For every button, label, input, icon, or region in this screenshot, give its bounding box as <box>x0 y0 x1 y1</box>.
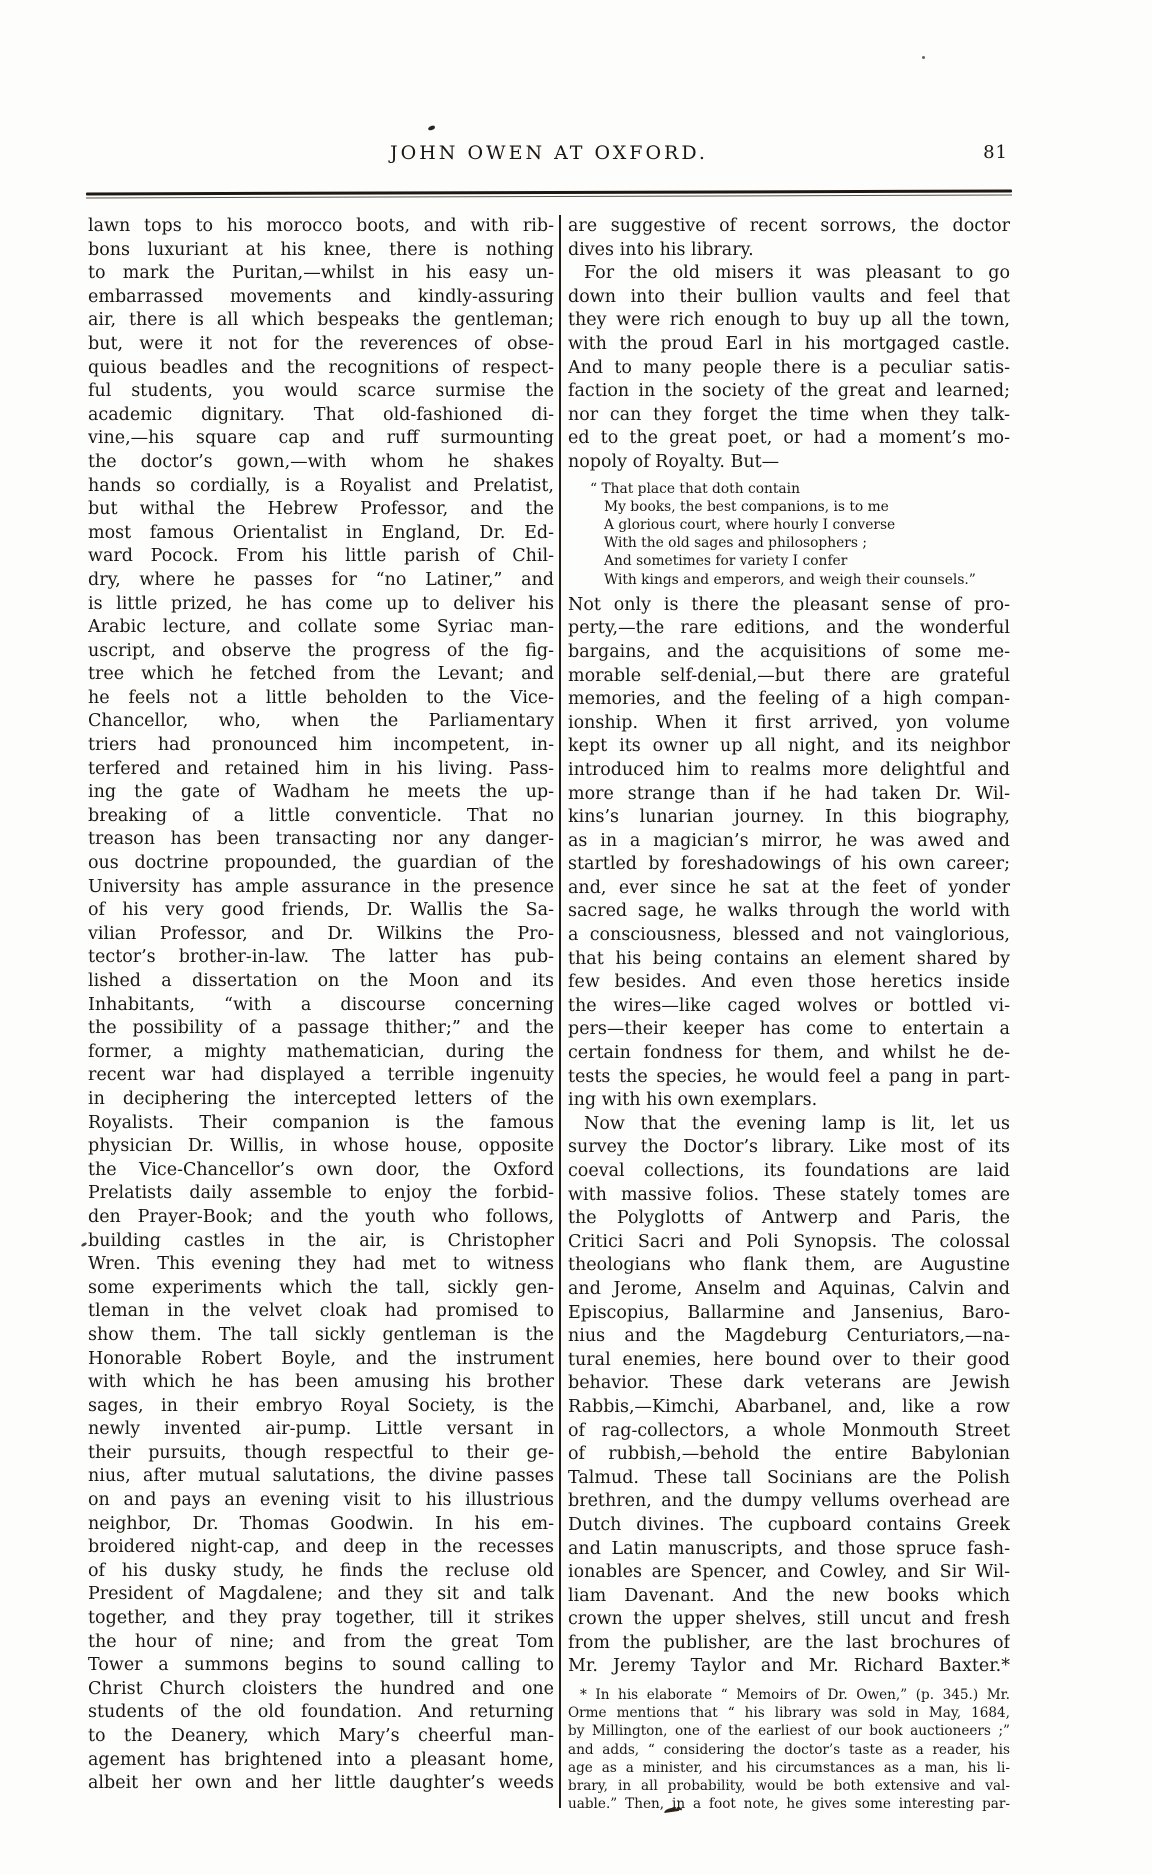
text-line: tree which he fetched from the Levant; a… <box>88 663 554 687</box>
column-divider-rule <box>559 215 561 1808</box>
text-line: tector’s brother-in-law. The latter has … <box>88 946 554 970</box>
text-line: with the proud Earl in his mortgaged cas… <box>568 333 1010 357</box>
text-line: den Prayer-Book; and the youth who follo… <box>88 1206 554 1230</box>
text-line: as in a magician’s mirror, he was awed a… <box>568 830 1010 854</box>
text-line: ous doctrine propounded, the guardian of… <box>88 852 554 876</box>
text-line: to the Deanery, which Mary’s cheerful ma… <box>88 1725 554 1749</box>
text-line: uable.” Then, in a foot note, he gives s… <box>568 1795 1010 1813</box>
text-line: quious beadles and the recognitions of r… <box>88 357 554 381</box>
text-line: President of Magdalene; and they sit and… <box>88 1583 554 1607</box>
text-line: of his very good friends, Dr. Wallis the… <box>88 899 554 923</box>
text-line: For the old misers it was pleasant to go <box>568 262 1010 286</box>
text-line: Talmud. These tall Socinians are the Pol… <box>568 1467 1010 1491</box>
text-line: show them. The tall sickly gentleman is … <box>88 1324 554 1348</box>
text-line: with which he has been amusing his broth… <box>88 1371 554 1395</box>
text-line: With kings and emperors, and weigh their… <box>568 571 1010 589</box>
text-line: pers—their keeper has come to entertain … <box>568 1018 1010 1042</box>
text-line: the Polyglotts of Antwerp and Paris, the <box>568 1207 1010 1231</box>
scanned-book-page: JOHN OWEN AT OXFORD. 81 lawn tops to his… <box>0 0 1152 1875</box>
text-line: Mr. Jeremy Taylor and Mr. Richard Baxter… <box>568 1655 1010 1679</box>
text-line: Dutch divines. The cupboard contains Gre… <box>568 1514 1010 1538</box>
text-line: brary, in all probability, would be both… <box>568 1777 1010 1795</box>
text-line: introduced him to realms more delightful… <box>568 759 1010 783</box>
running-title: JOHN OWEN AT OXFORD. <box>88 142 1010 164</box>
text-line: neighbor, Dr. Thomas Goodwin. In his em- <box>88 1513 554 1537</box>
text-line: Critici Sacri and Poli Synopsis. The col… <box>568 1231 1010 1255</box>
text-line: to mark the Puritan,—whilst in his easy … <box>88 262 554 286</box>
text-line: albeit her own and her little daughter’s… <box>88 1772 554 1796</box>
text-line: the wires—like caged wolves or bottled v… <box>568 995 1010 1019</box>
text-line: memories, and the feeling of a high comp… <box>568 688 1010 712</box>
text-line: is little prized, he has come up to deli… <box>88 593 554 617</box>
text-line: tural enemies, here bound over to their … <box>568 1349 1010 1373</box>
text-line: triers had pronounced him incompetent, i… <box>88 734 554 758</box>
text-line: a consciousness, blessed and not vainglo… <box>568 924 1010 948</box>
text-line: newly invented air-pump. Little versant … <box>88 1418 554 1442</box>
text-line: they were rich enough to buy up all the … <box>568 309 1010 333</box>
text-line: and Latin manuscripts, and those spruce … <box>568 1538 1010 1562</box>
text-line: that his being contains an element share… <box>568 948 1010 972</box>
footnote: * In his elaborate “ Memoirs of Dr. Owen… <box>568 1686 1010 1813</box>
text-line: ed to the great poet, or had a moment’s … <box>568 427 1010 451</box>
text-line: from the publisher, are the last brochur… <box>568 1632 1010 1656</box>
text-line: theologians who flank them, are Augustin… <box>568 1254 1010 1278</box>
text-line: sacred sage, he walks through the world … <box>568 900 1010 924</box>
text-line: ful students, you would scarce surmise t… <box>88 380 554 404</box>
text-line: Prelatists daily assemble to enjoy the f… <box>88 1182 554 1206</box>
text-line: are suggestive of recent sorrows, the do… <box>568 215 1010 239</box>
text-line: the possibility of a passage thither;” a… <box>88 1017 554 1041</box>
text-line: but withal the Hebrew Professor, and the <box>88 498 554 522</box>
text-line: their pursuits, though respectful to the… <box>88 1442 554 1466</box>
text-line: bargains, and the acquisitions of some m… <box>568 641 1010 665</box>
text-line: kins’s lunarian journey. In this biograp… <box>568 806 1010 830</box>
text-line: embarrassed movements and kindly-assurin… <box>88 286 554 310</box>
text-line: nor can they forget the time when they t… <box>568 404 1010 428</box>
text-line: tleman in the velvet cloak had promised … <box>88 1300 554 1324</box>
text-line: nopoly of Royalty. But— <box>568 451 1010 475</box>
paragraph-old-misers: For the old misers it was pleasant to go… <box>568 262 1010 474</box>
text-line: he feels not a little beholden to the Vi… <box>88 687 554 711</box>
text-line: lished a dissertation on the Moon and it… <box>88 970 554 994</box>
text-line: With the old sages and philosophers ; <box>568 534 1010 552</box>
column-right: are suggestive of recent sorrows, the do… <box>568 215 1010 1813</box>
text-line: perty,—the rare editions, and the wonder… <box>568 617 1010 641</box>
paragraph-continuation-left: lawn tops to his morocco boots, and with… <box>88 215 554 1796</box>
text-line: breaking of a little conventicle. That n… <box>88 805 554 829</box>
paragraph-library-survey: Now that the evening lamp is lit, let us… <box>568 1113 1010 1679</box>
header-rule-thin <box>86 195 1012 199</box>
text-line: recent war had displayed a terrible inge… <box>88 1064 554 1088</box>
text-line: faction in the society of the great and … <box>568 380 1010 404</box>
text-line: academic dignitary. That old-fashioned d… <box>88 404 554 428</box>
text-line: startled by foreshadowings of his own ca… <box>568 853 1010 877</box>
text-line: Orme mentions that “ his library was sol… <box>568 1704 1010 1722</box>
text-line: ing the gate of Wadham he meets the up- <box>88 781 554 805</box>
ink-speck <box>81 1242 88 1248</box>
running-head: JOHN OWEN AT OXFORD. 81 <box>88 142 1010 168</box>
header-rule <box>86 190 1012 199</box>
text-line: Christ Church cloisters the hundred and … <box>88 1678 554 1702</box>
text-line: by Millington, one of the earliest of ou… <box>568 1722 1010 1740</box>
text-line: A glorious court, where hourly I convers… <box>568 516 1010 534</box>
text-line: terfered and retained him in his living.… <box>88 758 554 782</box>
text-line: ionables are Spencer, and Cowley, and Si… <box>568 1561 1010 1585</box>
text-line: but, were it not for the reverences of o… <box>88 333 554 357</box>
text-line: brethren, and the dumpy vellums overhead… <box>568 1490 1010 1514</box>
text-line: on and pays an evening visit to his illu… <box>88 1489 554 1513</box>
text-line: lawn tops to his morocco boots, and with… <box>88 215 554 239</box>
text-line: Rabbis,—Kimchi, Abarbanel, and, like a r… <box>568 1396 1010 1420</box>
page-number: 81 <box>983 142 1008 163</box>
text-line: of rubbish,—behold the entire Babylonian <box>568 1443 1010 1467</box>
text-line: Royalists. Their companion is the famous <box>88 1112 554 1136</box>
text-line: the Vice-Chancellor’s own door, the Oxfo… <box>88 1159 554 1183</box>
text-line: behavior. These dark veterans are Jewish <box>568 1372 1010 1396</box>
text-line: former, a mighty mathematician, during t… <box>88 1041 554 1065</box>
paragraph-continuation-right: are suggestive of recent sorrows, the do… <box>568 215 1010 262</box>
paragraph-not-only: Not only is there the pleasant sense of … <box>568 594 1010 1113</box>
text-line: with massive folios. These stately tomes… <box>568 1184 1010 1208</box>
text-line: dry, where he passes for “no Latiner,” a… <box>88 569 554 593</box>
text-line: * In his elaborate “ Memoirs of Dr. Owen… <box>568 1686 1010 1704</box>
text-line: building castles in the air, is Christop… <box>88 1230 554 1254</box>
text-line: few besides. And even those heretics ins… <box>568 971 1010 995</box>
column-left: lawn tops to his morocco boots, and with… <box>88 215 554 1796</box>
text-line: most famous Orientalist in England, Dr. … <box>88 522 554 546</box>
text-line: nius, after mutual salutations, the divi… <box>88 1465 554 1489</box>
text-line: Now that the evening lamp is lit, let us <box>568 1113 1010 1137</box>
text-line: morable self-denial,—but there are grate… <box>568 665 1010 689</box>
text-line: certain fondness for them, and whilst he… <box>568 1042 1010 1066</box>
text-line: down into their bullion vaults and feel … <box>568 286 1010 310</box>
text-line: liam Davenant. And the new books which <box>568 1585 1010 1609</box>
text-line: “ That place that doth contain <box>568 480 1010 498</box>
text-line: Arabic lecture, and collate some Syriac … <box>88 616 554 640</box>
text-line: Wren. This evening they had met to witne… <box>88 1253 554 1277</box>
text-line: Tower a summons begins to sound calling … <box>88 1654 554 1678</box>
text-line: in deciphering the intercepted letters o… <box>88 1088 554 1112</box>
text-line: agement has brightened into a pleasant h… <box>88 1749 554 1773</box>
text-line: nius and the Magdeburg Centuriators,—na- <box>568 1325 1010 1349</box>
text-line: uscript, and observe the progress of the… <box>88 640 554 664</box>
text-line: tests the species, he would feel a pang … <box>568 1066 1010 1090</box>
text-line: vine,—his square cap and ruff surmountin… <box>88 427 554 451</box>
text-line: coeval collections, its foundations are … <box>568 1160 1010 1184</box>
text-line: some experiments which the tall, sickly … <box>88 1277 554 1301</box>
text-line: treason has been transacting nor any dan… <box>88 828 554 852</box>
text-line: My books, the best companions, is to me <box>568 498 1010 516</box>
ink-speck <box>922 56 925 59</box>
text-line: and Jerome, Anselm and Aquinas, Calvin a… <box>568 1278 1010 1302</box>
text-line: dives into his library. <box>568 239 1010 263</box>
text-line: more strange than if he had taken Dr. Wi… <box>568 783 1010 807</box>
text-line: together, and they pray together, till i… <box>88 1607 554 1631</box>
text-line: Inhabitants, “with a discourse concernin… <box>88 994 554 1018</box>
text-line: the doctor’s gown,—with whom he shakes <box>88 451 554 475</box>
text-line: and, ever since he sat at the feet of yo… <box>568 877 1010 901</box>
text-line: vilian Professor, and Dr. Wilkins the Pr… <box>88 923 554 947</box>
text-line: University has ample assurance in the pr… <box>88 876 554 900</box>
text-columns: lawn tops to his morocco boots, and with… <box>88 215 1010 1813</box>
text-line: ionship. When it first arrived, yon volu… <box>568 712 1010 736</box>
text-line: ing with his own exemplars. <box>568 1089 1010 1113</box>
text-line: bons luxuriant at his knee, there is not… <box>88 239 554 263</box>
text-line: students of the old foundation. And retu… <box>88 1701 554 1725</box>
text-line: sages, in their embryo Royal Society, is… <box>88 1395 554 1419</box>
text-line: And to many people there is a peculiar s… <box>568 357 1010 381</box>
text-line: of his dusky study, he finds the recluse… <box>88 1560 554 1584</box>
text-line: Chancellor, who, when the Parliamentary <box>88 710 554 734</box>
text-line: age as a minister, and his circumstances… <box>568 1759 1010 1777</box>
text-line: hands so cordially, is a Royalist and Pr… <box>88 475 554 499</box>
verse-quotation: “ That place that doth containMy books, … <box>568 480 1010 589</box>
text-line: kept its owner up all night, and its nei… <box>568 735 1010 759</box>
text-line: ward Pocock. From his little parish of C… <box>88 545 554 569</box>
ink-speck <box>428 125 436 131</box>
text-line: physician Dr. Willis, in whose house, op… <box>88 1135 554 1159</box>
text-line: and adds, “ considering the doctor’s tas… <box>568 1741 1010 1759</box>
text-line: crown the upper shelves, still uncut and… <box>568 1608 1010 1632</box>
text-line: Honorable Robert Boyle, and the instrume… <box>88 1348 554 1372</box>
text-line: of rag-collectors, a whole Monmouth Stre… <box>568 1420 1010 1444</box>
text-line: the hour of nine; and from the great Tom <box>88 1631 554 1655</box>
text-line: survey the Doctor’s library. Like most o… <box>568 1136 1010 1160</box>
text-line: And sometimes for variety I confer <box>568 552 1010 570</box>
text-line: air, there is all which bespeaks the gen… <box>88 309 554 333</box>
text-line: Episcopius, Ballarmine and Jansenius, Ba… <box>568 1302 1010 1326</box>
text-line: broidered night-cap, and deep in the rec… <box>88 1536 554 1560</box>
text-line: Not only is there the pleasant sense of … <box>568 594 1010 618</box>
